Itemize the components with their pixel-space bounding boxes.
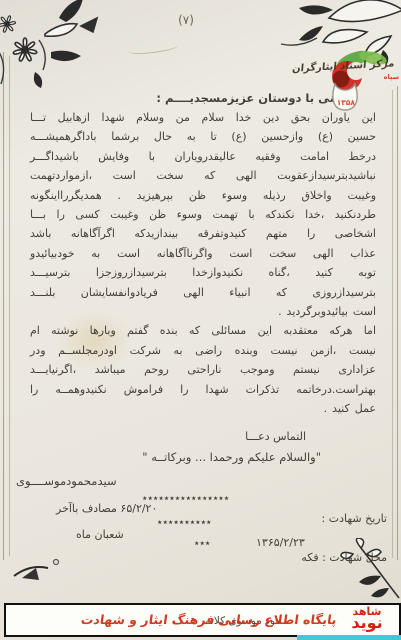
page-number: (۷) [158,13,214,27]
letter-line: عذاب الهی سخت است واگرناآگاهانه است به خ… [30,244,376,263]
page-border-right-outer [397,86,398,560]
tulip-emblem-icon [287,46,401,122]
letter-line: عمل کنید . [30,399,376,418]
martyrdom-date-label: تاریخ شهادت : [322,512,387,525]
letter-line: نیست ،ازمن نیست وبنده راضی به شرکت اودرم… [30,341,376,360]
page-border-left-outer [3,52,4,560]
corner-flower-top-left-icon [0,0,117,90]
navid-shahed-logo: شاهد نوید [339,606,395,631]
letter-line: وغیبت واخلاق رذیله وسوء ظن بپرهیزید . هم… [30,186,376,205]
letter-line: حسین (ع) وازحسین (ع) تا به حال برشما باد… [30,127,376,146]
page-number-underline [128,41,179,56]
letter-line: بترسیدازروزی که انبیاء الهی فریادوانفسای… [30,283,376,302]
closing-dua: التماس دعـــا [245,430,306,443]
letter-line: اشخاصی را متهم کنیدوتفرقه بیندازیدکه اگر… [30,224,376,243]
letter-line: عزاداری نیستم وموجب ناراحتی روحم میباشد … [30,360,376,379]
page-border-left-inner [9,56,10,556]
martyrdom-place: محل شهادت : فکه [301,551,387,564]
letter-line: طردنکنید ،خدا نکندکه با تهمت وسوء ظن وغی… [30,205,376,224]
salam-line: "والسلام علیکم ورحمدا ... وبرکاتــه " [142,450,321,464]
letter-line: درخط امامت وفقیه عالیقدرویاران با وفایش … [30,147,376,166]
martyrdom-date: ۱۳۶۵/۲/۲۳ [256,536,305,549]
letter-line: است بیائیدوبرگردید . [30,302,376,321]
corner-mark-bottom-left-icon [12,552,64,582]
date-equivalent: ۶۵/۲/۲۰ مصادف باآخر [56,502,157,515]
isargaran-watermark-logo: مرکز اسناد ایثارگران سپاه ۱۳۵۸ [287,46,401,122]
watermark-year: ۱۳۵۸ [337,98,355,107]
logo-word-navid: نوید [339,615,395,631]
stars-row-mid: ٭٭٭٭٭٭٭٭٭٭ [157,517,212,528]
letter-line: توبه کنید ،گناه نکنیدوازخدا بترسیدازروزج… [30,263,376,282]
signature-name: سیدمحمودموســــوی [16,474,117,488]
letter-body: این یاوران بحق دین خدا سلام من وسلام شهد… [30,108,376,419]
banner-site-title: پایگاه اطلاع رسانی فرهنگ ایثار و شهادت [80,612,338,627]
date-equivalent-month: شعبان ماه [76,528,124,541]
stars-row-short: ٭٭٭ [194,538,210,549]
letter-line: نباشیدبترسیدازعقوبت الهی که سخت است ،ازم… [30,166,376,185]
corner-flower-bottom-right-icon [327,538,401,602]
letter-line: اما هرکه معتقدبه این مسائلی که بنده گفتم… [30,321,376,340]
letter-line: بهتراست.درخاتمه تذکرات شهدا را فراموش نک… [30,380,376,399]
watermark-unit: سپاه [384,73,399,81]
cyan-edge-strip [297,635,401,640]
footer-banner: مود موسوی کلاته پایگاه اطلاع رسانی فرهنگ… [4,603,401,637]
page-border-right-inner [392,90,393,558]
letter-text-block: سخنی با دوستان عزیزمسجدیــــم : این یاور… [30,88,376,419]
scanned-letter-page: (۷) مرکز اسناد ایثارگران سپاه ۱۳۵۸ سخنی … [0,0,401,640]
